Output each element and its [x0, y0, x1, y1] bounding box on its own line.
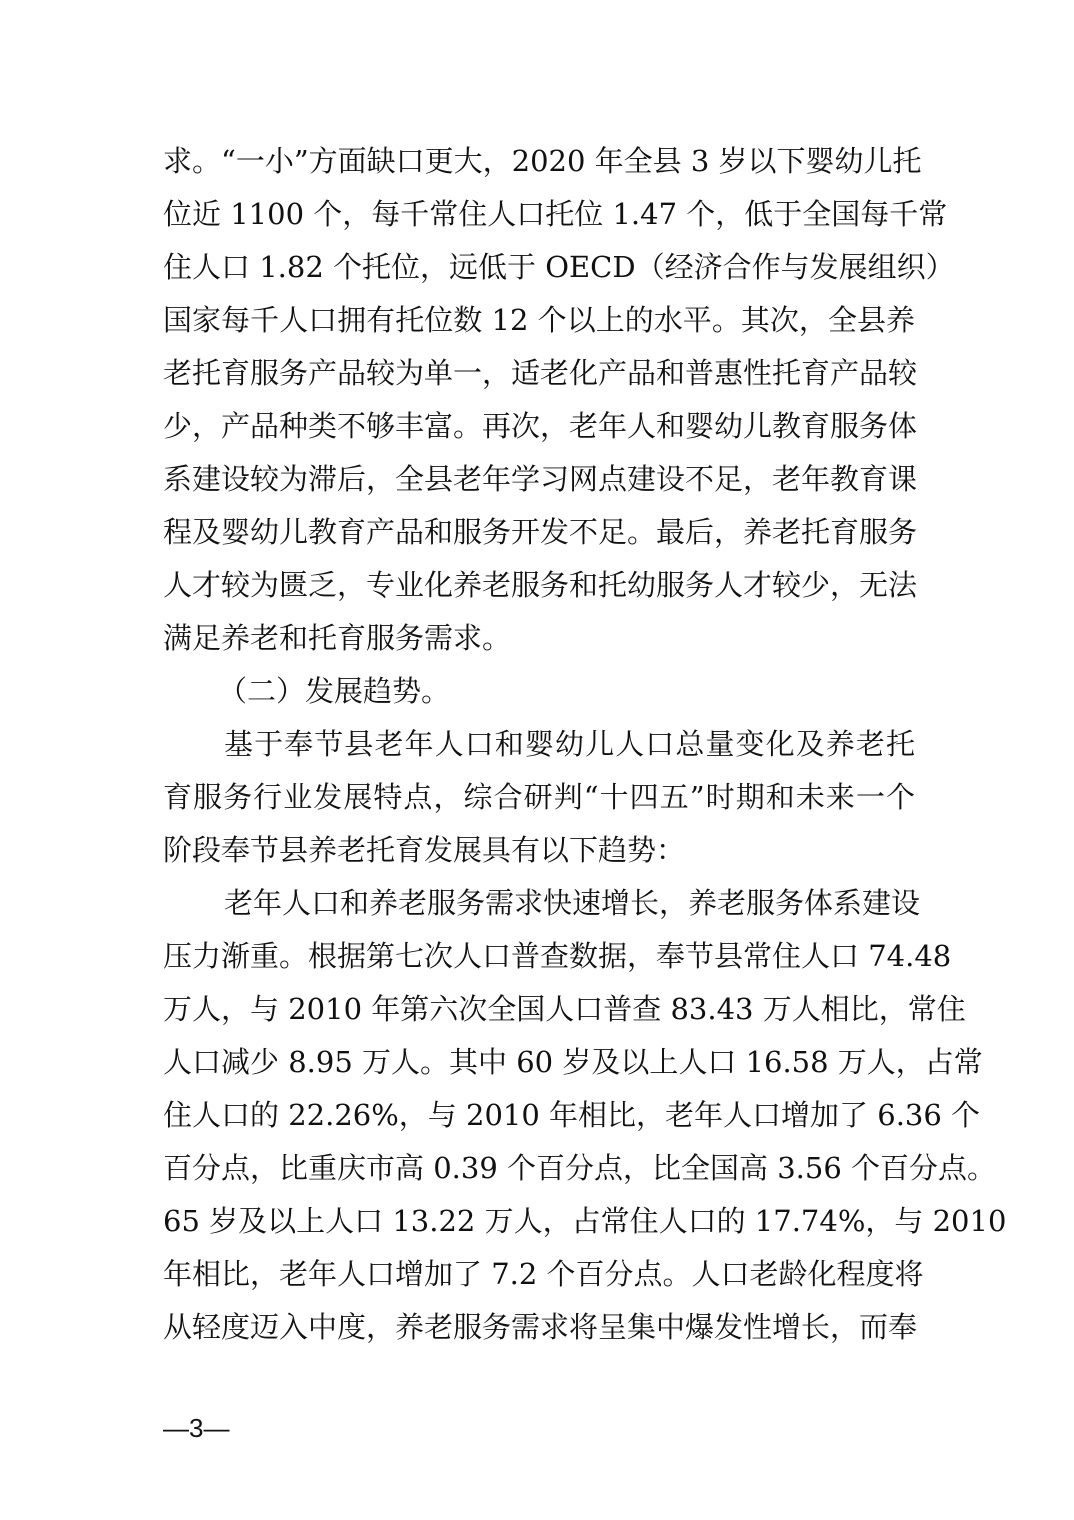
text-line: 住人口的 22.26%，与 2010 年相比，老年人口增加了 6.36 个: [163, 1095, 915, 1135]
text-line: 百分点，比重庆市高 0.39 个百分点，比全国高 3.56 个百分点。: [163, 1148, 915, 1188]
text-line: 程及婴幼儿教育产品和服务开发不足。最后，养老托育服务: [163, 512, 915, 552]
section-heading: （二）发展趋势。: [218, 671, 450, 711]
text-line: 满足养老和托育服务需求。: [163, 618, 915, 658]
text-line: 压力渐重。根据第七次人口普查数据，奉节县常住人口 74.48: [163, 936, 915, 976]
text-line: 万人，与 2010 年第六次全国人口普查 83.43 万人相比，常住: [163, 989, 915, 1029]
document-page: 求。“一小”方面缺口更大，2020 年全县 3 岁以下婴幼儿托 位近 1100 …: [0, 0, 1074, 1520]
text-line: 求。“一小”方面缺口更大，2020 年全县 3 岁以下婴幼儿托: [163, 141, 915, 181]
text-line: 老托育服务产品较为单一，适老化产品和普惠性托育产品较: [163, 353, 915, 393]
text-line: 年相比，老年人口增加了 7.2 个百分点。人口老龄化程度将: [163, 1254, 915, 1294]
text-line: 阶段奉节县养老托育发展具有以下趋势：: [163, 830, 915, 870]
text-line: 老年人口和养老服务需求快速增长，养老服务体系建设: [224, 883, 915, 923]
text-line: 位近 1100 个，每千常住人口托位 1.47 个，低于全国每千常: [163, 194, 915, 234]
text-line: 从轻度迈入中度，养老服务需求将呈集中爆发性增长，而奉: [163, 1307, 915, 1347]
text-line: 国家每千人口拥有托位数 12 个以上的水平。其次，全县养: [163, 300, 915, 340]
text-line: 住人口 1.82 个托位，远低于 OECD（经济合作与发展组织）: [163, 247, 915, 287]
text-line: 人口减少 8.95 万人。其中 60 岁及以上人口 16.58 万人，占常: [163, 1042, 915, 1082]
text-line: 少，产品种类不够丰富。再次，老年人和婴幼儿教育服务体: [163, 406, 915, 446]
page-number: —3—: [163, 1410, 229, 1446]
text-line: 65 岁及以上人口 13.22 万人，占常住人口的 17.74%，与 2010: [163, 1201, 915, 1241]
text-line: 系建设较为滞后，全县老年学习网点建设不足，老年教育课: [163, 459, 915, 499]
text-line: 育服务行业发展特点，综合研判“十四五”时期和未来一个: [163, 777, 915, 817]
text-line: 基于奉节县老年人口和婴幼儿人口总量变化及养老托: [224, 724, 915, 764]
text-line: 人才较为匮乏，专业化养老服务和托幼服务人才较少，无法: [163, 565, 915, 605]
